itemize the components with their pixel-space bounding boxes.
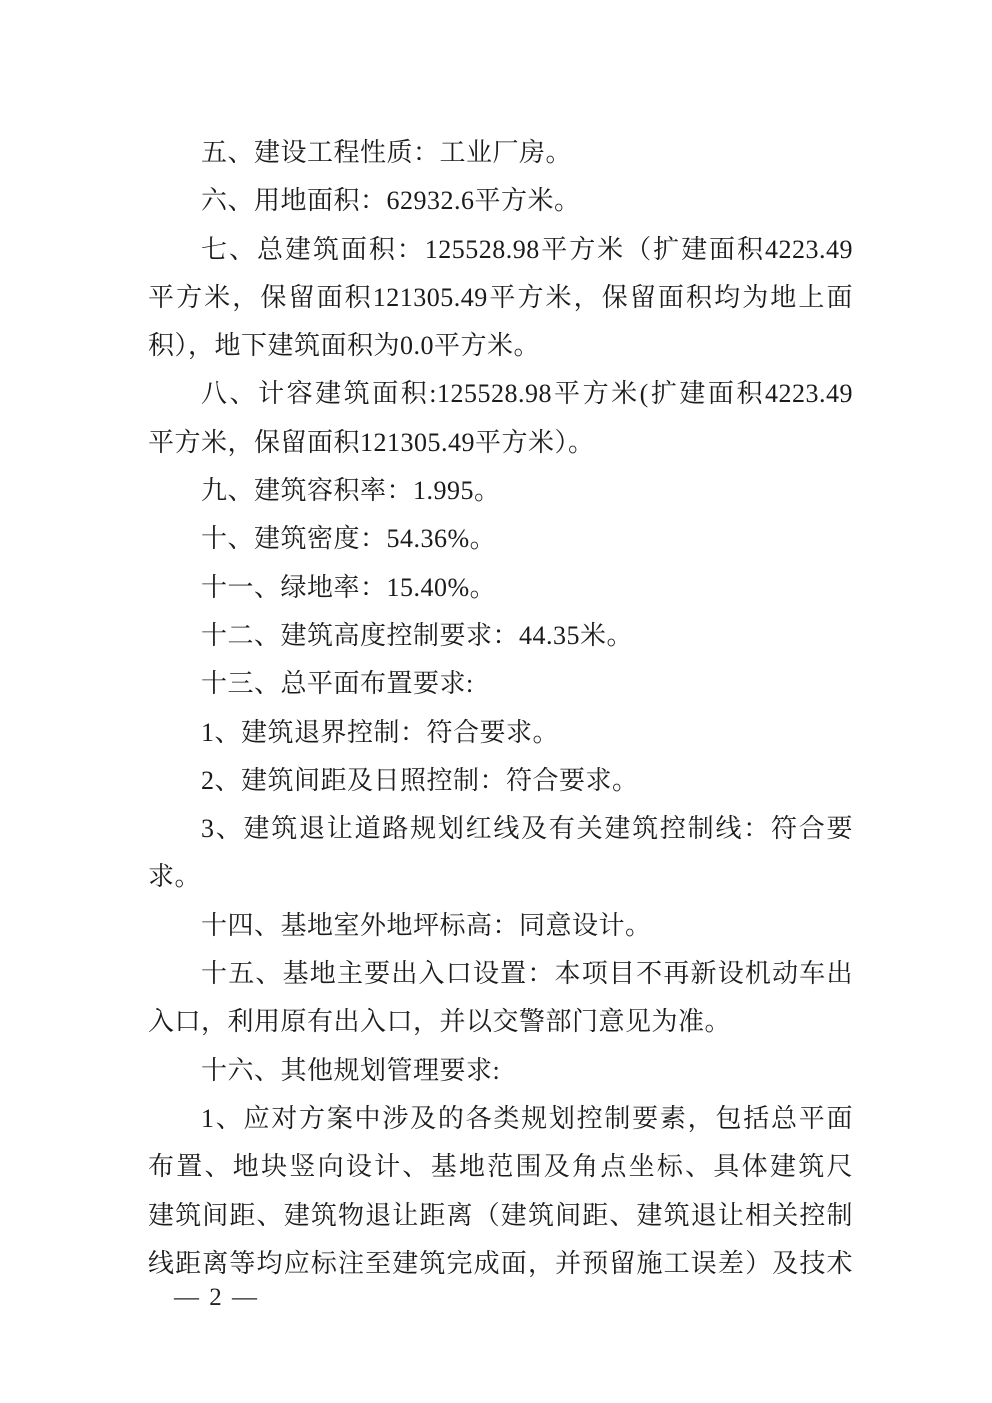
text-line: 积），地下建筑面积为0.0平方米。 (148, 322, 853, 370)
text-line: 布置、地块竖向设计、基地范围及角点坐标、具体建筑尺寸、 (148, 1143, 853, 1191)
text-line: 线距离等均应标注至建筑完成面，并预留施工误差）及技术 (148, 1240, 853, 1288)
text-line: 六、用地面积：62932.6平方米。 (148, 177, 853, 225)
text-line: 九、建筑容积率：1.995。 (148, 467, 853, 515)
page-number: — 2 — (174, 1284, 259, 1312)
text-line: 平方米，保留面积121305.49平方米）。 (148, 419, 853, 467)
text-line: 十三、总平面布置要求: (148, 660, 853, 708)
text-line: 十、建筑密度：54.36%。 (148, 515, 853, 563)
text-line: 2、建筑间距及日照控制：符合要求。 (148, 757, 853, 805)
text-line: 平方米，保留面积121305.49平方米，保留面积均为地上面 (148, 274, 853, 322)
document-body: 五、建设工程性质：工业厂房。六、用地面积：62932.6平方米。七、总建筑面积：… (148, 129, 853, 1288)
text-line: 建筑间距、建筑物退让距离（建筑间距、建筑退让相关控制 (148, 1192, 853, 1240)
document-page: 五、建设工程性质：工业厂房。六、用地面积：62932.6平方米。七、总建筑面积：… (0, 0, 992, 1403)
text-line: 入口，利用原有出入口，并以交警部门意见为准。 (148, 998, 853, 1046)
text-line: 十六、其他规划管理要求: (148, 1047, 853, 1095)
text-line: 十二、建筑高度控制要求：44.35米。 (148, 612, 853, 660)
text-line: 1、应对方案中涉及的各类规划控制要素，包括总平面 (148, 1095, 853, 1143)
text-line: 十一、绿地率：15.40%。 (148, 564, 853, 612)
text-line: 求。 (148, 853, 853, 901)
text-line: 七、总建筑面积：125528.98平方米（扩建面积4223.49 (148, 226, 853, 274)
text-line: 五、建设工程性质：工业厂房。 (148, 129, 853, 177)
text-line: 3、建筑退让道路规划红线及有关建筑控制线：符合要 (148, 805, 853, 853)
text-line: 十四、基地室外地坪标高：同意设计。 (148, 902, 853, 950)
text-line: 1、建筑退界控制：符合要求。 (148, 709, 853, 757)
text-line: 十五、基地主要出入口设置：本项目不再新设机动车出 (148, 950, 853, 998)
text-line: 八、计容建筑面积:125528.98平方米(扩建面积4223.49 (148, 370, 853, 418)
